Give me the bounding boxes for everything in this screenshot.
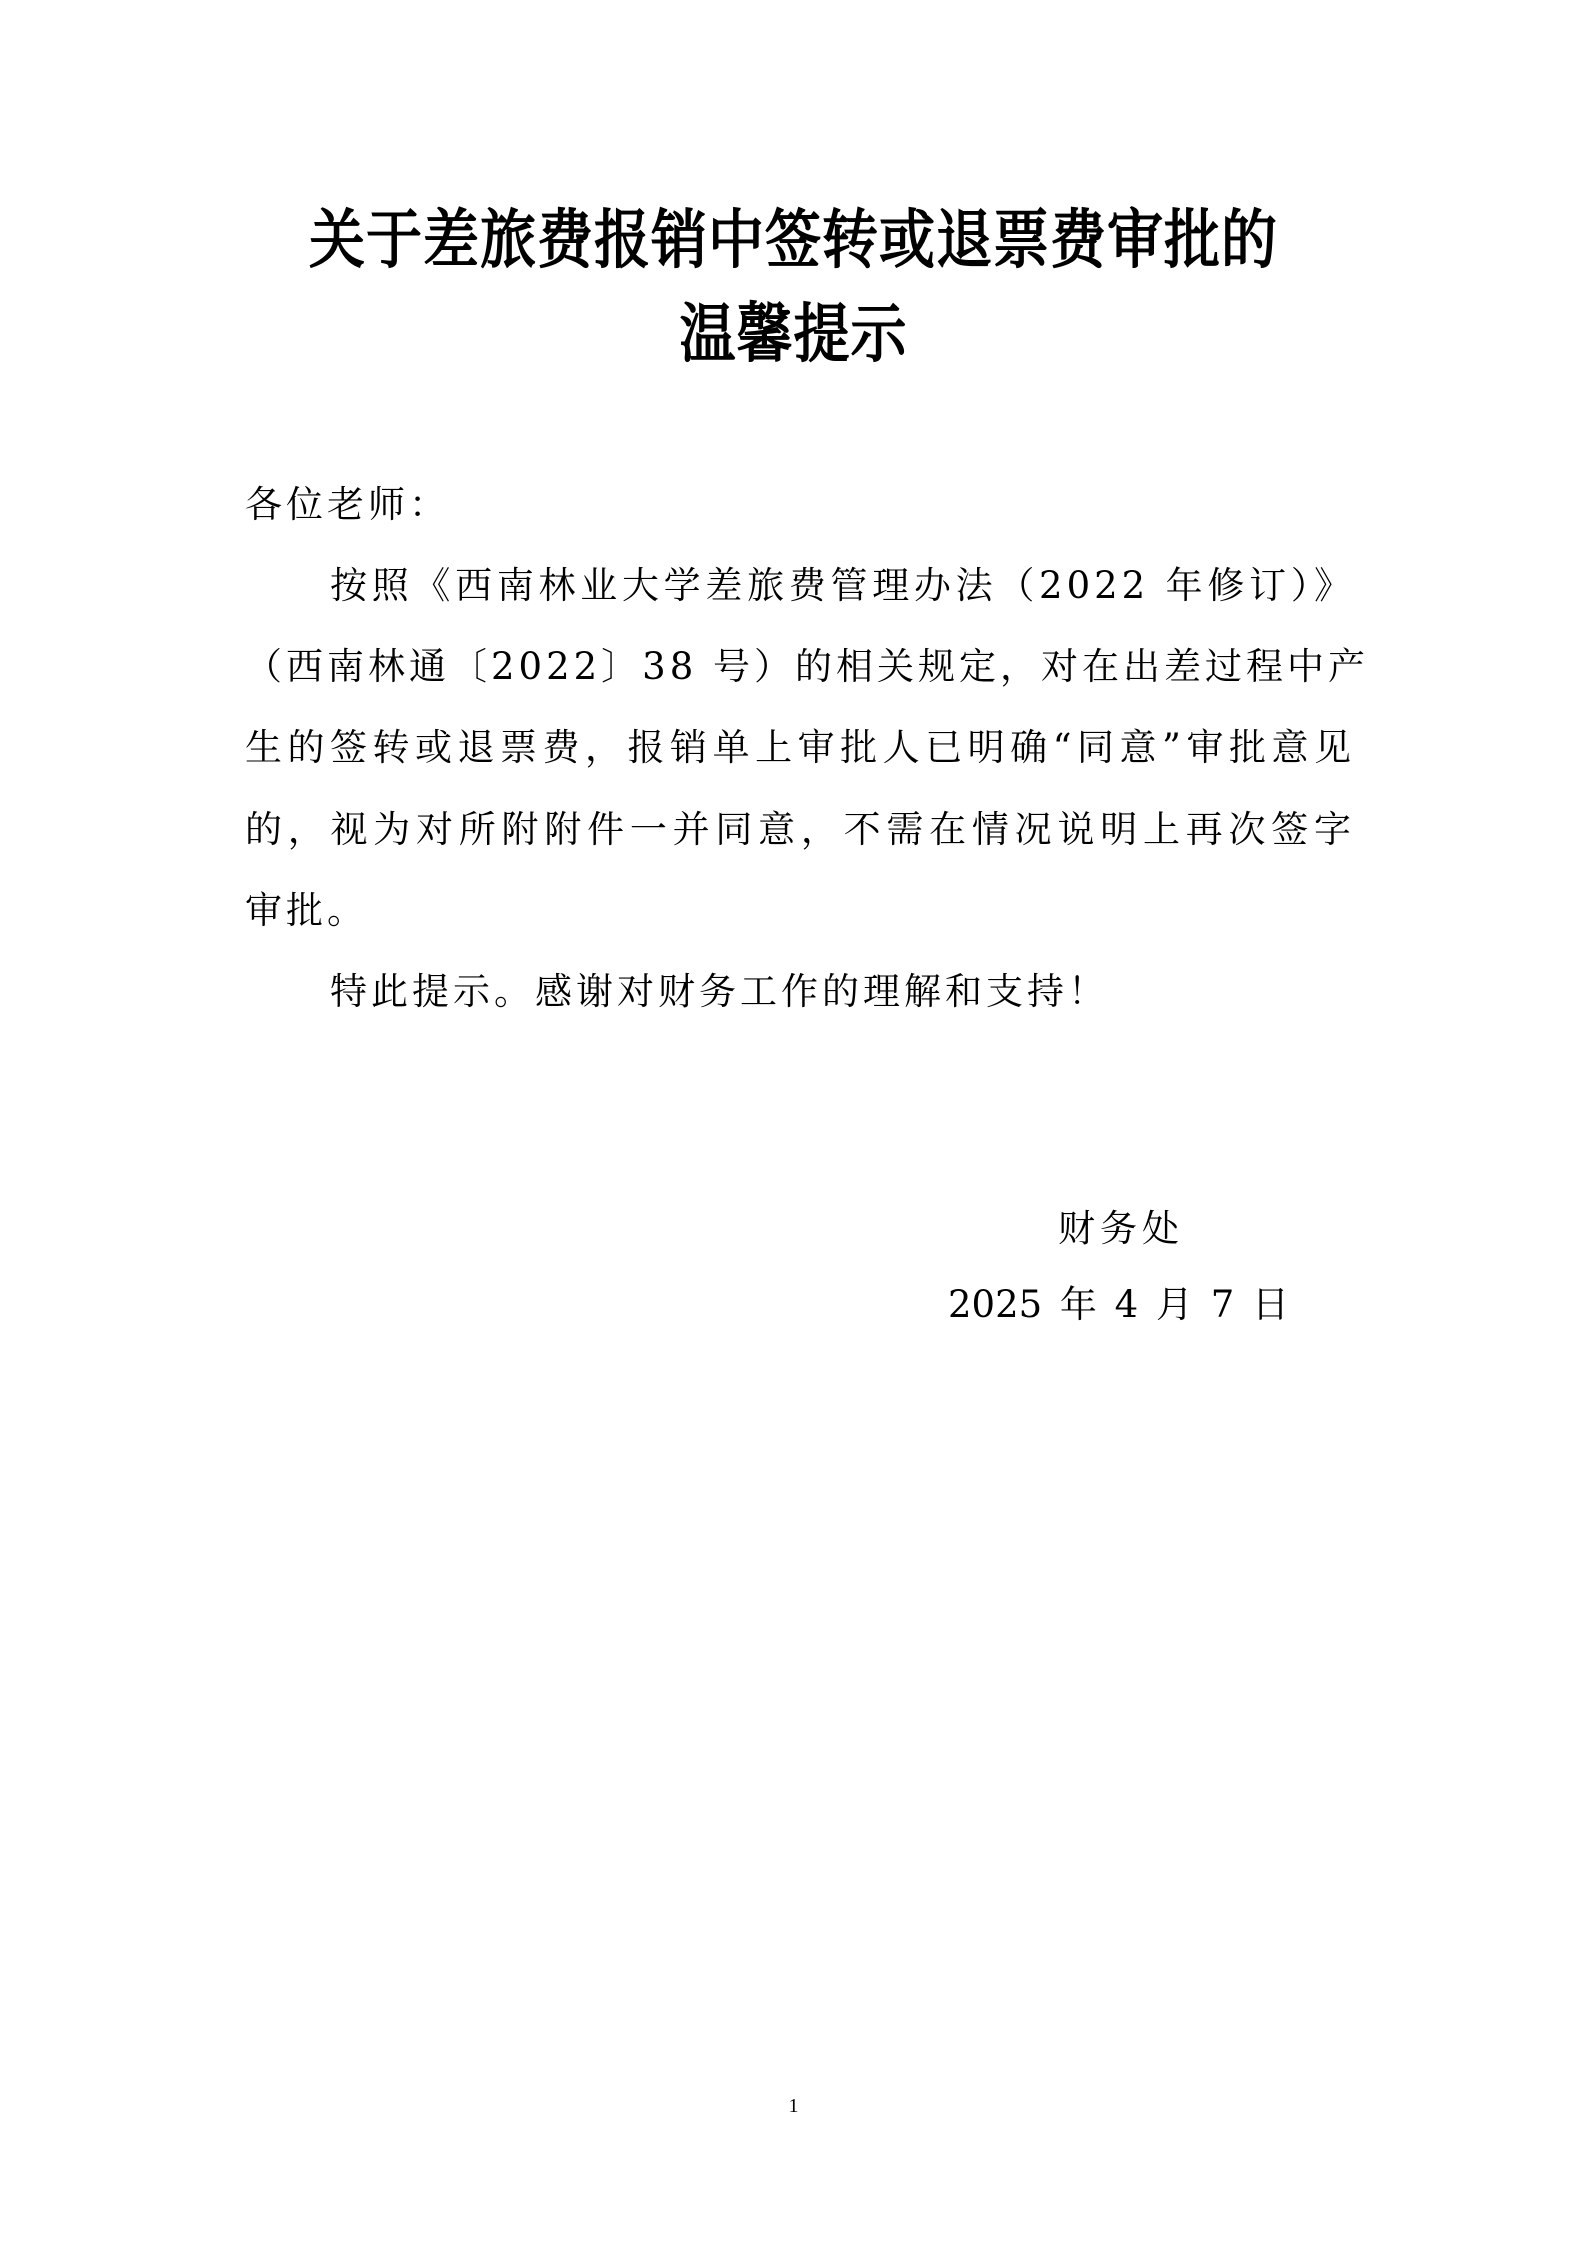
document-title-line-1: 关于差旅费报销中签转或退票费审批的 [0,203,1587,277]
body-line-2: （西南林通〔2022〕38 号）的相关规定，对在出差过程中产 [245,643,1355,691]
closing-remark: 特此提示。感谢对财务工作的理解和支持！ [330,968,1440,1016]
body-line-3: 生的签转或退票费，报销单上审批人已明确“同意”审批意见 [245,724,1355,772]
page-number: 1 [0,2094,1587,2118]
signature-department: 财务处 [1058,1205,1184,1253]
body-line-4: 的，视为对所附附件一并同意，不需在情况说明上再次签字 [245,806,1355,854]
body-line-5: 审批。 [245,887,1355,935]
document-title-line-2: 温馨提示 [0,297,1587,371]
body-line-1: 按照《西南林业大学差旅费管理办法（2022 年修订）》 [330,562,1355,610]
document-page: 关于差旅费报销中签转或退票费审批的 温馨提示 各位老师： 按照《西南林业大学差旅… [0,0,1587,2245]
salutation: 各位老师： [245,481,1355,529]
signature-date: 2025 年 4 月 7 日 [948,1281,1289,1329]
